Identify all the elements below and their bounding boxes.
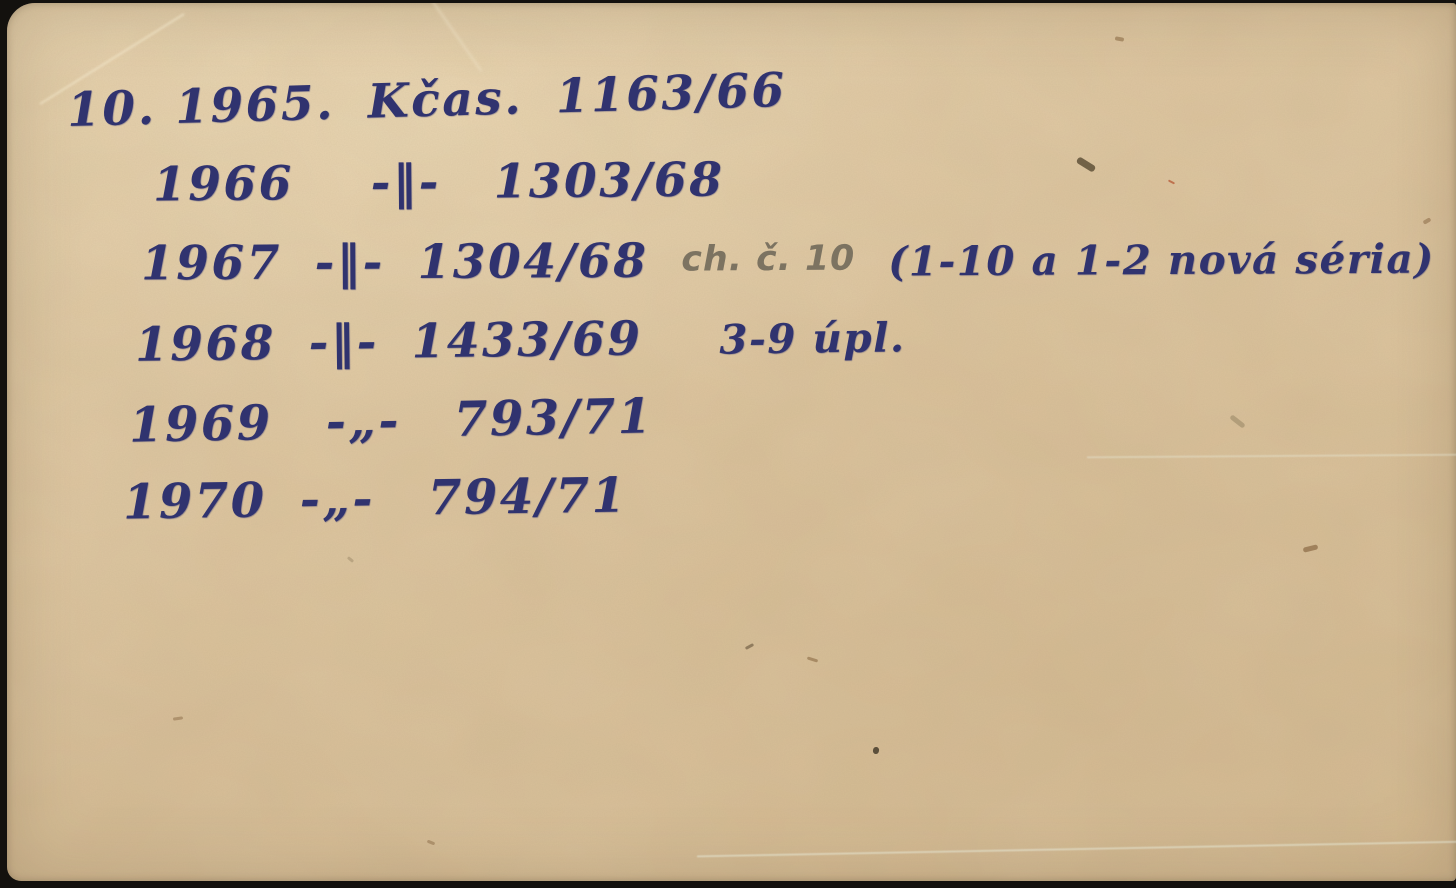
pencil-annotation: ch. č. 10: [681, 239, 855, 280]
entry-year: 1970: [123, 473, 267, 531]
paper-speck: [173, 716, 183, 720]
paper-speck: [347, 556, 354, 563]
entry-title: Kčas.: [367, 70, 524, 129]
index-card-paper: 10. 1965. Kčas. 1163/66 1966 -‖- 1303/68…: [7, 3, 1456, 881]
entry-number: 1304/68: [417, 234, 648, 290]
paper-speck: [1168, 179, 1175, 184]
ink-note: (1-10 a 1-2 nová séria): [888, 235, 1435, 286]
paper-speck: [427, 840, 436, 846]
entry-year: 1967: [141, 236, 282, 292]
ditto-mark: -‖-: [308, 315, 379, 371]
paper-speck: [807, 656, 818, 662]
ditto-mark: -‖-: [315, 235, 385, 290]
paper-speck: [872, 747, 879, 755]
paper-speck: [1423, 217, 1432, 224]
paper-speck: [1076, 156, 1097, 173]
ink-note: 3-9 úpl.: [719, 313, 906, 363]
faint-rule-line: [1087, 454, 1456, 459]
ditto-mark: -‖-: [370, 155, 440, 211]
entry-year: 1969: [129, 395, 274, 453]
entry-year: 1966: [153, 156, 294, 212]
paper-speck: [1303, 544, 1319, 552]
entry-number: 1163/66: [555, 63, 787, 124]
paper-crease: [412, 3, 482, 72]
entry-number: 1433/69: [411, 312, 643, 370]
ditto-mark: -„-: [325, 393, 401, 450]
entry-number: 793/71: [453, 388, 653, 447]
entry-year: 1968: [135, 316, 276, 373]
paper-speck: [1115, 36, 1125, 42]
card-line-5: 1969 -„- 793/71: [129, 388, 654, 453]
ditto-mark: -„-: [299, 471, 375, 528]
card-line-6: 1970 -„- 794/71: [123, 467, 628, 530]
entry-year: 10. 1965.: [66, 76, 335, 138]
card-line-4: 1968 -‖- 1433/69 3-9 úpl.: [135, 308, 906, 372]
paper-speck: [1229, 414, 1245, 428]
faint-rule-line: [697, 841, 1456, 858]
paper-speck: [745, 643, 754, 650]
entry-number: 794/71: [428, 467, 628, 526]
card-line-2: 1966 -‖- 1303/68: [153, 153, 725, 213]
entry-number: 1303/68: [493, 153, 724, 210]
card-line-3: 1967 -‖- 1304/68 ch. č. 10 (1-10 a 1-2 n…: [141, 230, 1435, 292]
card-line-1: 10. 1965. Kčas. 1163/66: [66, 63, 787, 138]
scanned-card-image: 10. 1965. Kčas. 1163/66 1966 -‖- 1303/68…: [0, 0, 1456, 888]
